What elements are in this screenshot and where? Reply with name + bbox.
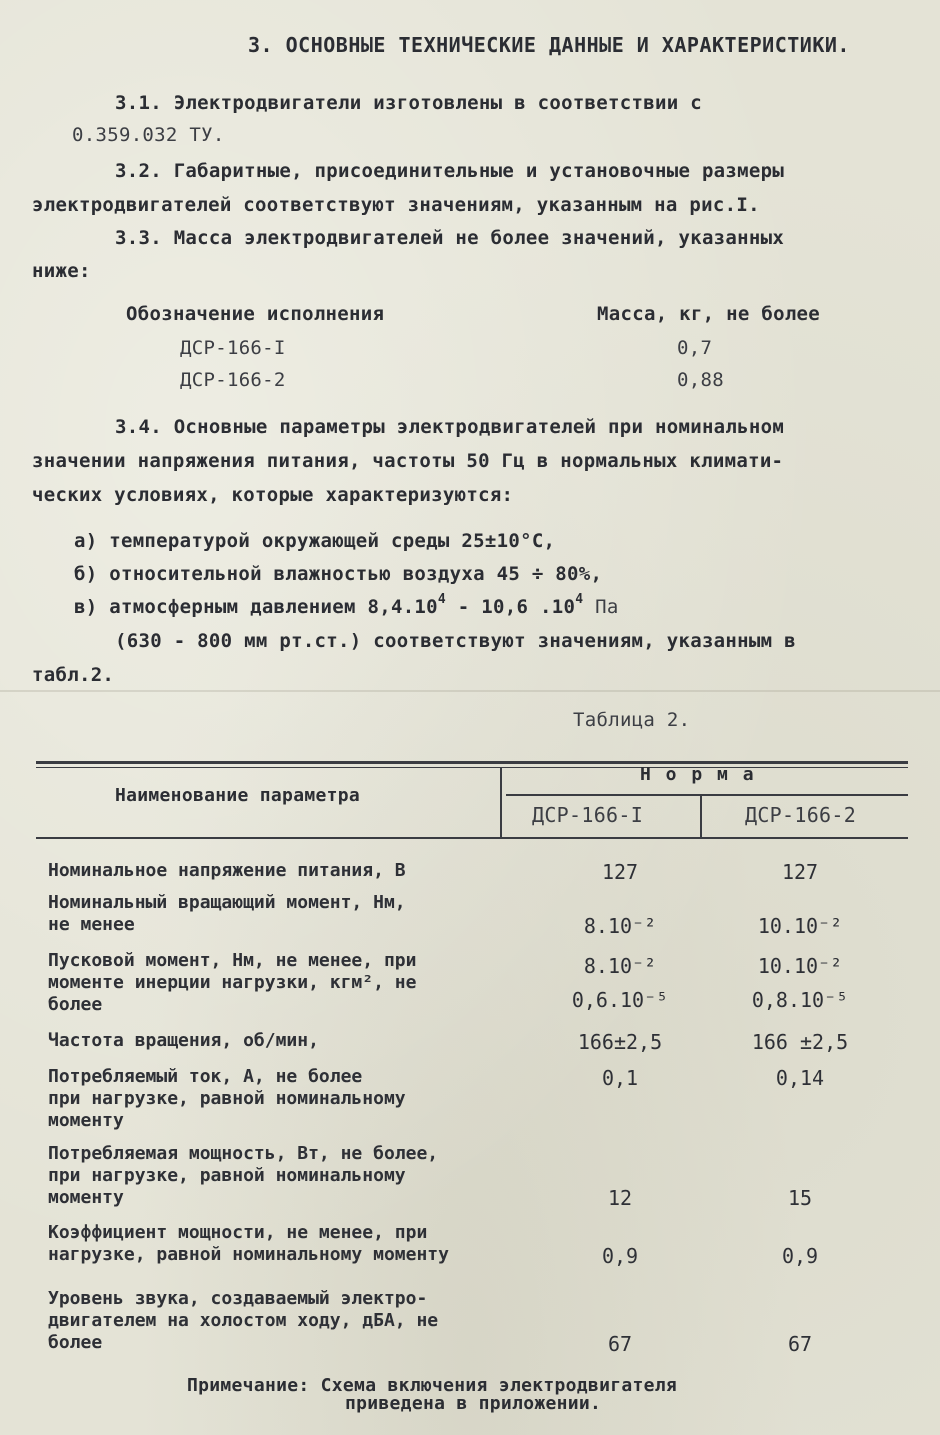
value-dsr-166-1: 0,1 <box>560 1066 680 1090</box>
table-top-rule <box>36 761 908 764</box>
param-name: Потребляемый ток, А, не более <box>48 1066 362 1088</box>
paragraph-3-2-line1: 3.2. Габаритные, присоединительные и уст… <box>115 160 784 182</box>
value-dsr-166-2: 0,8.10⁻⁵ <box>735 988 865 1012</box>
paragraph-3-1-line1: 3.1. Электродвигатели изготовлены в соот… <box>115 92 702 114</box>
table-header-param: Наименование параметра <box>115 785 360 806</box>
value-dsr-166-2: 127 <box>735 860 865 884</box>
param-name: двигателем на холостом ходу, дБА, не <box>48 1310 438 1332</box>
param-name: Номинальный вращающий момент, Нм, <box>48 892 406 914</box>
table-vertical-rule <box>700 796 702 838</box>
value-dsr-166-2: 67 <box>735 1332 865 1356</box>
table-caption: Таблица 2. <box>573 709 690 731</box>
paragraph-3-4-end-line1: (630 - 800 мм рт.ст.) соответствуют знач… <box>115 630 796 652</box>
param-name: Уровень звука, создаваемый электро- <box>48 1288 427 1310</box>
condition-a: а) температурой окружающей среды 25±10°С… <box>74 530 555 552</box>
table-vertical-rule <box>500 768 502 838</box>
param-name: более <box>48 994 102 1016</box>
value-dsr-166-1: 12 <box>560 1186 680 1210</box>
value-dsr-166-2: 10.10⁻² <box>735 954 865 978</box>
paragraph-3-3-line2: ниже: <box>32 260 91 282</box>
paragraph-3-4-end-line2: табл.2. <box>32 664 114 686</box>
paragraph-3-2-line2: электродвигателей соответствуют значения… <box>32 194 760 216</box>
note-line2: приведена в приложении. <box>345 1393 601 1414</box>
param-name: Коэффициент мощности, не менее, при <box>48 1222 427 1244</box>
param-name: нагрузке, равной номинальному моменту <box>48 1244 449 1266</box>
value-dsr-166-2: 0,14 <box>735 1066 865 1090</box>
table-header-bottom-rule <box>36 837 908 839</box>
mass-row-designation: ДСР-166-2 <box>180 369 286 391</box>
condition-c-text: - 10,6 .10 <box>446 596 575 618</box>
table-top-rule <box>36 767 908 768</box>
param-name: моменту <box>48 1110 124 1132</box>
table-header-col1: ДСР-166-I <box>532 803 643 827</box>
value-dsr-166-1: 127 <box>560 860 680 884</box>
value-dsr-166-1: 166±2,5 <box>560 1030 680 1054</box>
value-dsr-166-1: 8.10⁻² <box>560 954 680 978</box>
section-title: 3. ОСНОВНЫЕ ТЕХНИЧЕСКИЕ ДАННЫЕ И ХАРАКТЕ… <box>248 33 850 57</box>
paragraph-3-4-line3: ческих условиях, которые характеризуются… <box>32 484 513 506</box>
condition-c-text: в) атмосферным давлением 8,4.10 <box>74 596 438 618</box>
paragraph-3-4-line2: значении напряжения питания, частоты 50 … <box>32 450 783 472</box>
param-name: Частота вращения, об/мин, <box>48 1030 319 1052</box>
param-name: Потребляемая мощность, Вт, не более, <box>48 1143 438 1165</box>
condition-b: б) относительной влажностью воздуха 45 ÷… <box>74 563 602 585</box>
table-header-norm: Н о р м а <box>640 764 756 785</box>
value-dsr-166-2: 166 ±2,5 <box>735 1030 865 1054</box>
value-dsr-166-2: 0,9 <box>735 1244 865 1268</box>
param-name: не менее <box>48 914 135 936</box>
value-dsr-166-1: 0,6.10⁻⁵ <box>560 988 680 1012</box>
exponent: 4 <box>438 592 446 607</box>
mass-header-designation: Обозначение исполнения <box>126 303 384 325</box>
param-name: Пусковой момент, Нм, не менее, при <box>48 950 416 972</box>
value-dsr-166-1: 8.10⁻² <box>560 914 680 938</box>
param-name: при нагрузке, равной номинальному <box>48 1088 406 1110</box>
condition-c-text: Па <box>583 596 618 618</box>
exponent: 4 <box>575 592 583 607</box>
mass-row-value: 0,7 <box>677 337 712 359</box>
param-name: при нагрузке, равной номинальному <box>48 1165 406 1187</box>
param-name: моменте инерции нагрузки, кгм², не <box>48 972 416 994</box>
mass-row-value: 0,88 <box>677 369 724 391</box>
table-norm-rule <box>506 794 908 796</box>
mass-header-mass: Масса, кг, не более <box>597 303 820 325</box>
paper-fold <box>0 690 940 692</box>
condition-c: в) атмосферным давлением 8,4.104 - 10,6 … <box>74 596 619 618</box>
paragraph-3-4-line1: 3.4. Основные параметры электродвигателе… <box>115 416 784 438</box>
document-page: 3. ОСНОВНЫЕ ТЕХНИЧЕСКИЕ ДАННЫЕ И ХАРАКТЕ… <box>0 0 940 1435</box>
value-dsr-166-1: 67 <box>560 1332 680 1356</box>
table-header-col2: ДСР-166-2 <box>745 803 856 827</box>
paragraph-3-3-line1: 3.3. Масса электродвигателей не более зн… <box>115 227 784 249</box>
paragraph-3-1-line2: 0.359.032 ТУ. <box>72 124 225 146</box>
mass-row-designation: ДСР-166-I <box>180 337 286 359</box>
value-dsr-166-1: 0,9 <box>560 1244 680 1268</box>
param-name: Номинальное напряжение питания, В <box>48 860 406 882</box>
value-dsr-166-2: 15 <box>735 1186 865 1210</box>
param-name: моменту <box>48 1187 124 1209</box>
value-dsr-166-2: 10.10⁻² <box>735 914 865 938</box>
param-name: более <box>48 1332 102 1354</box>
